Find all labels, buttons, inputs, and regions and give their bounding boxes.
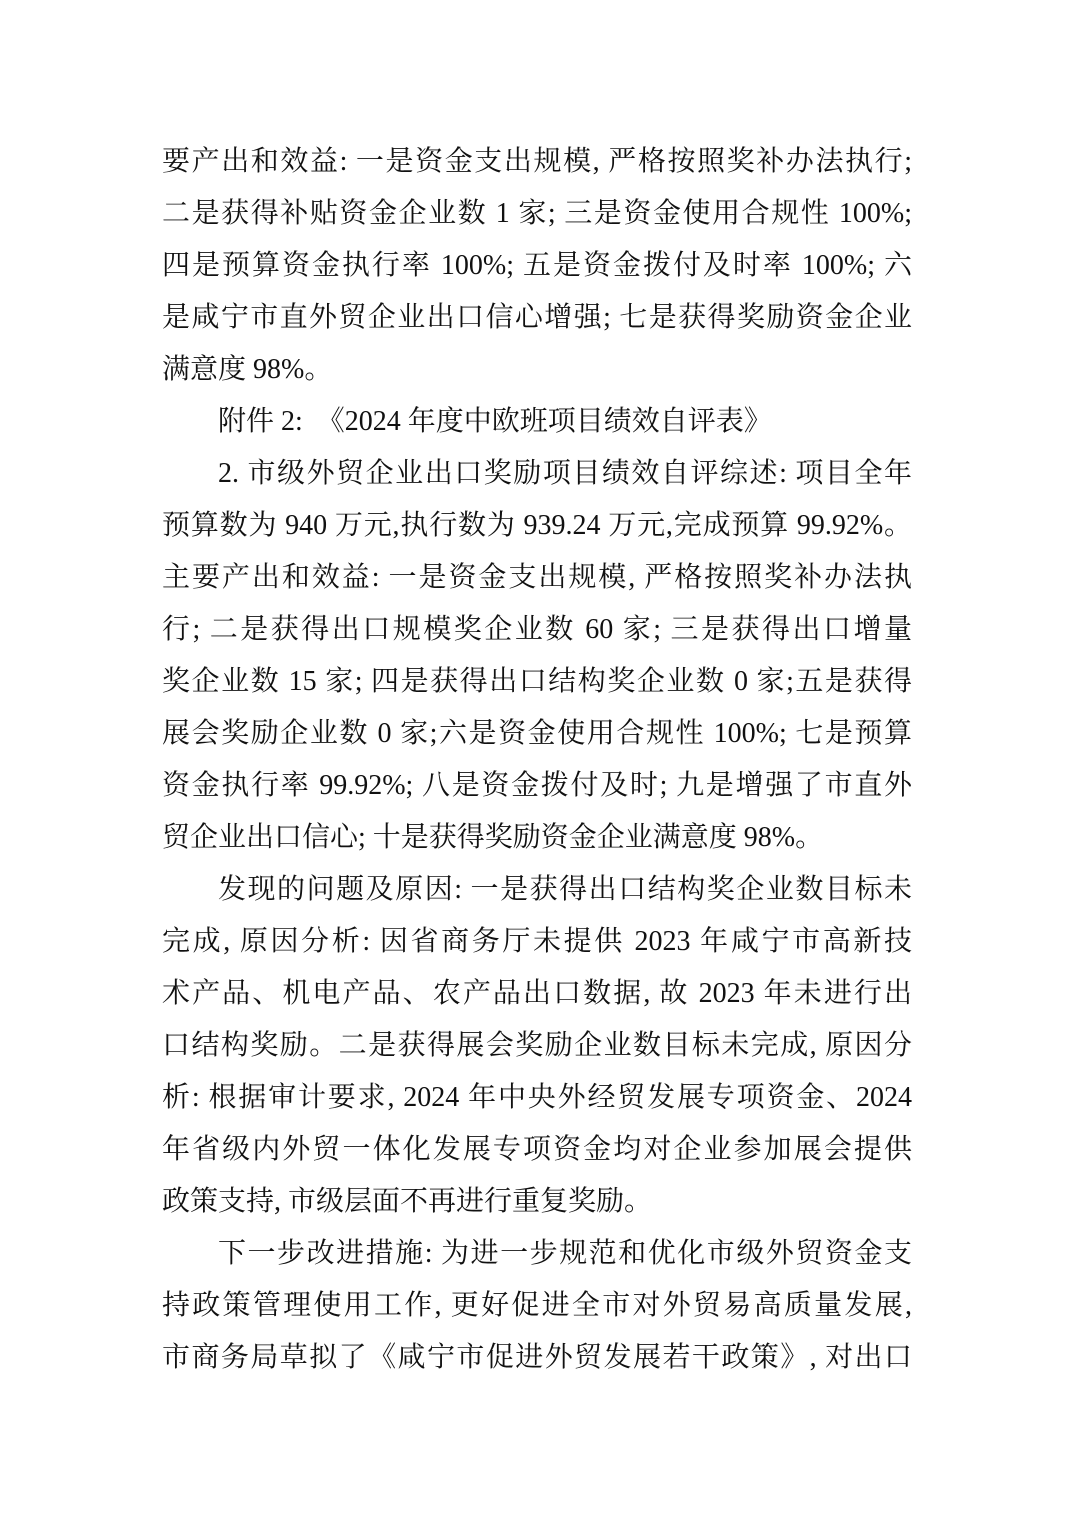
text-line: 行; 二是获得出口规模奖企业数 60 家; 三是获得出口增量: [162, 604, 912, 656]
text-line: 主要产出和效益: 一是资金支出规模, 严格按照奖补办法执: [162, 552, 912, 604]
text-line: 2. 市级外贸企业出口奖励项目绩效自评综述: 项目全年: [162, 448, 912, 500]
text-line: 贸企业出口信心; 十是获得奖励资金企业满意度 98%。: [162, 812, 912, 864]
text-line: 奖企业数 15 家; 四是获得出口结构奖企业数 0 家;五是获得: [162, 656, 912, 708]
paragraph-zhongou-project-outputs: 要产出和效益: 一是资金支出规模, 严格按照奖补办法执行;二是获得补贴资金企业数…: [162, 136, 912, 396]
paragraph-export-award-self-evaluation: 2. 市级外贸企业出口奖励项目绩效自评综述: 项目全年预算数为 940 万元,执…: [162, 448, 912, 864]
text-line: 术产品、机电产品、农产品出口数据, 故 2023 年未进行出: [162, 968, 912, 1020]
paragraph-next-step-measures: 下一步改进措施: 为进一步规范和优化市级外贸资金支持政策管理使用工作, 更好促进…: [162, 1228, 912, 1384]
text-line: 政策支持, 市级层面不再进行重复奖励。: [162, 1176, 912, 1228]
text-line: 析: 根据审计要求, 2024 年中央外经贸发展专项资金、2024: [162, 1072, 912, 1124]
text-line: 要产出和效益: 一是资金支出规模, 严格按照奖补办法执行;: [162, 136, 912, 188]
text-line: 资金执行率 99.92%; 八是资金拨付及时; 九是增强了市直外: [162, 760, 912, 812]
paragraph-attachment-2: 附件 2: 《2024 年度中欧班项目绩效自评表》: [162, 396, 912, 448]
text-line: 二是获得补贴资金企业数 1 家; 三是资金使用合规性 100%;: [162, 188, 912, 240]
text-line: 年省级内外贸一体化发展专项资金均对企业参加展会提供: [162, 1124, 912, 1176]
text-line: 口结构奖励。二是获得展会奖励企业数目标未完成, 原因分: [162, 1020, 912, 1072]
text-line: 四是预算资金执行率 100%; 五是资金拨付及时率 100%; 六: [162, 240, 912, 292]
text-line: 附件 2: 《2024 年度中欧班项目绩效自评表》: [162, 396, 912, 448]
text-line: 市商务局草拟了《咸宁市促进外贸发展若干政策》, 对出口: [162, 1332, 912, 1384]
text-line: 完成, 原因分析: 因省商务厅未提供 2023 年咸宁市高新技: [162, 916, 912, 968]
text-line: 展会奖励企业数 0 家;六是资金使用合规性 100%; 七是预算: [162, 708, 912, 760]
document-page: 要产出和效益: 一是资金支出规模, 严格按照奖补办法执行;二是获得补贴资金企业数…: [0, 0, 1074, 1520]
document-body: 要产出和效益: 一是资金支出规模, 严格按照奖补办法执行;二是获得补贴资金企业数…: [162, 136, 912, 1384]
text-line: 发现的问题及原因: 一是获得出口结构奖企业数目标未: [162, 864, 912, 916]
text-line: 预算数为 940 万元,执行数为 939.24 万元,完成预算 99.92%。: [162, 500, 912, 552]
text-line: 下一步改进措施: 为进一步规范和优化市级外贸资金支: [162, 1228, 912, 1280]
paragraph-problems-and-causes: 发现的问题及原因: 一是获得出口结构奖企业数目标未完成, 原因分析: 因省商务厅…: [162, 864, 912, 1228]
text-line: 持政策管理使用工作, 更好促进全市对外贸易高质量发展,: [162, 1280, 912, 1332]
text-line: 满意度 98%。: [162, 344, 912, 396]
text-line: 是咸宁市直外贸企业出口信心增强; 七是获得奖励资金企业: [162, 292, 912, 344]
